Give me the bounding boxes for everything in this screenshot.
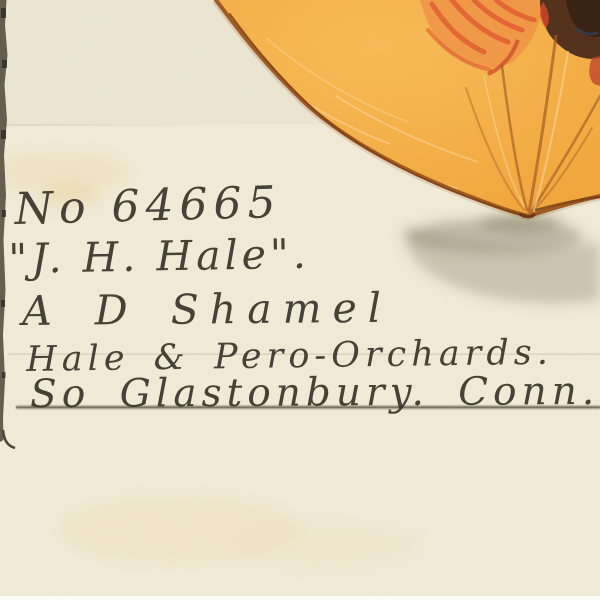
variety-name-line: "J. H. Hale". xyxy=(8,234,310,280)
location-line: So Glastonbury. Conn. xyxy=(30,372,599,414)
specimen-number-line: No 64665 xyxy=(14,181,282,232)
annotator-name-line: A D Shamel xyxy=(22,288,392,332)
watercolor-plate: No 64665 "J. H. Hale". A D Shamel Hale &… xyxy=(0,0,600,600)
